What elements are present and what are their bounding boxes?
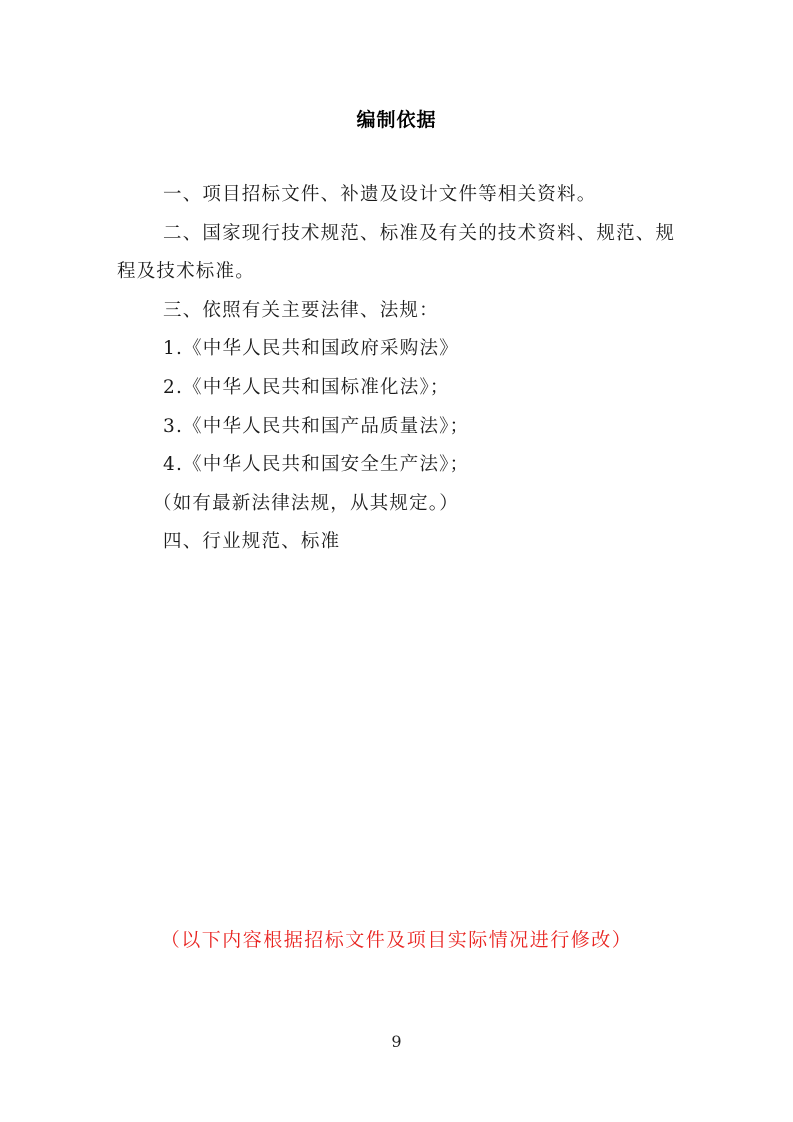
paragraph-item-4: 四、行业规范、标准 bbox=[117, 523, 687, 562]
page-number: 9 bbox=[0, 1032, 793, 1051]
paragraph-item-1: 一、项目招标文件、补遗及设计文件等相关资料。 bbox=[117, 176, 687, 215]
law-note: （如有最新法律法规，从其规定。） bbox=[117, 485, 687, 524]
law-item-2: 2.《中华人民共和国标准化法》； bbox=[117, 369, 687, 408]
law-item-4: 4.《中华人民共和国安全生产法》； bbox=[117, 446, 687, 485]
paragraph-item-2: 二、国家现行技术规范、标准及有关的技术资料、规范、规程及技术标准。 bbox=[117, 215, 687, 292]
law-item-3: 3.《中华人民共和国产品质量法》； bbox=[117, 408, 687, 447]
page-title: 编制依据 bbox=[0, 105, 793, 132]
law-item-1: 1.《中华人民共和国政府采购法》 bbox=[117, 330, 687, 369]
modification-note: （以下内容根据招标文件及项目实际情况进行修改） bbox=[0, 925, 793, 952]
body-text: 一、项目招标文件、补遗及设计文件等相关资料。 二、国家现行技术规范、标准及有关的… bbox=[117, 176, 687, 562]
paragraph-item-3: 三、依照有关主要法律、法规： bbox=[117, 292, 687, 331]
